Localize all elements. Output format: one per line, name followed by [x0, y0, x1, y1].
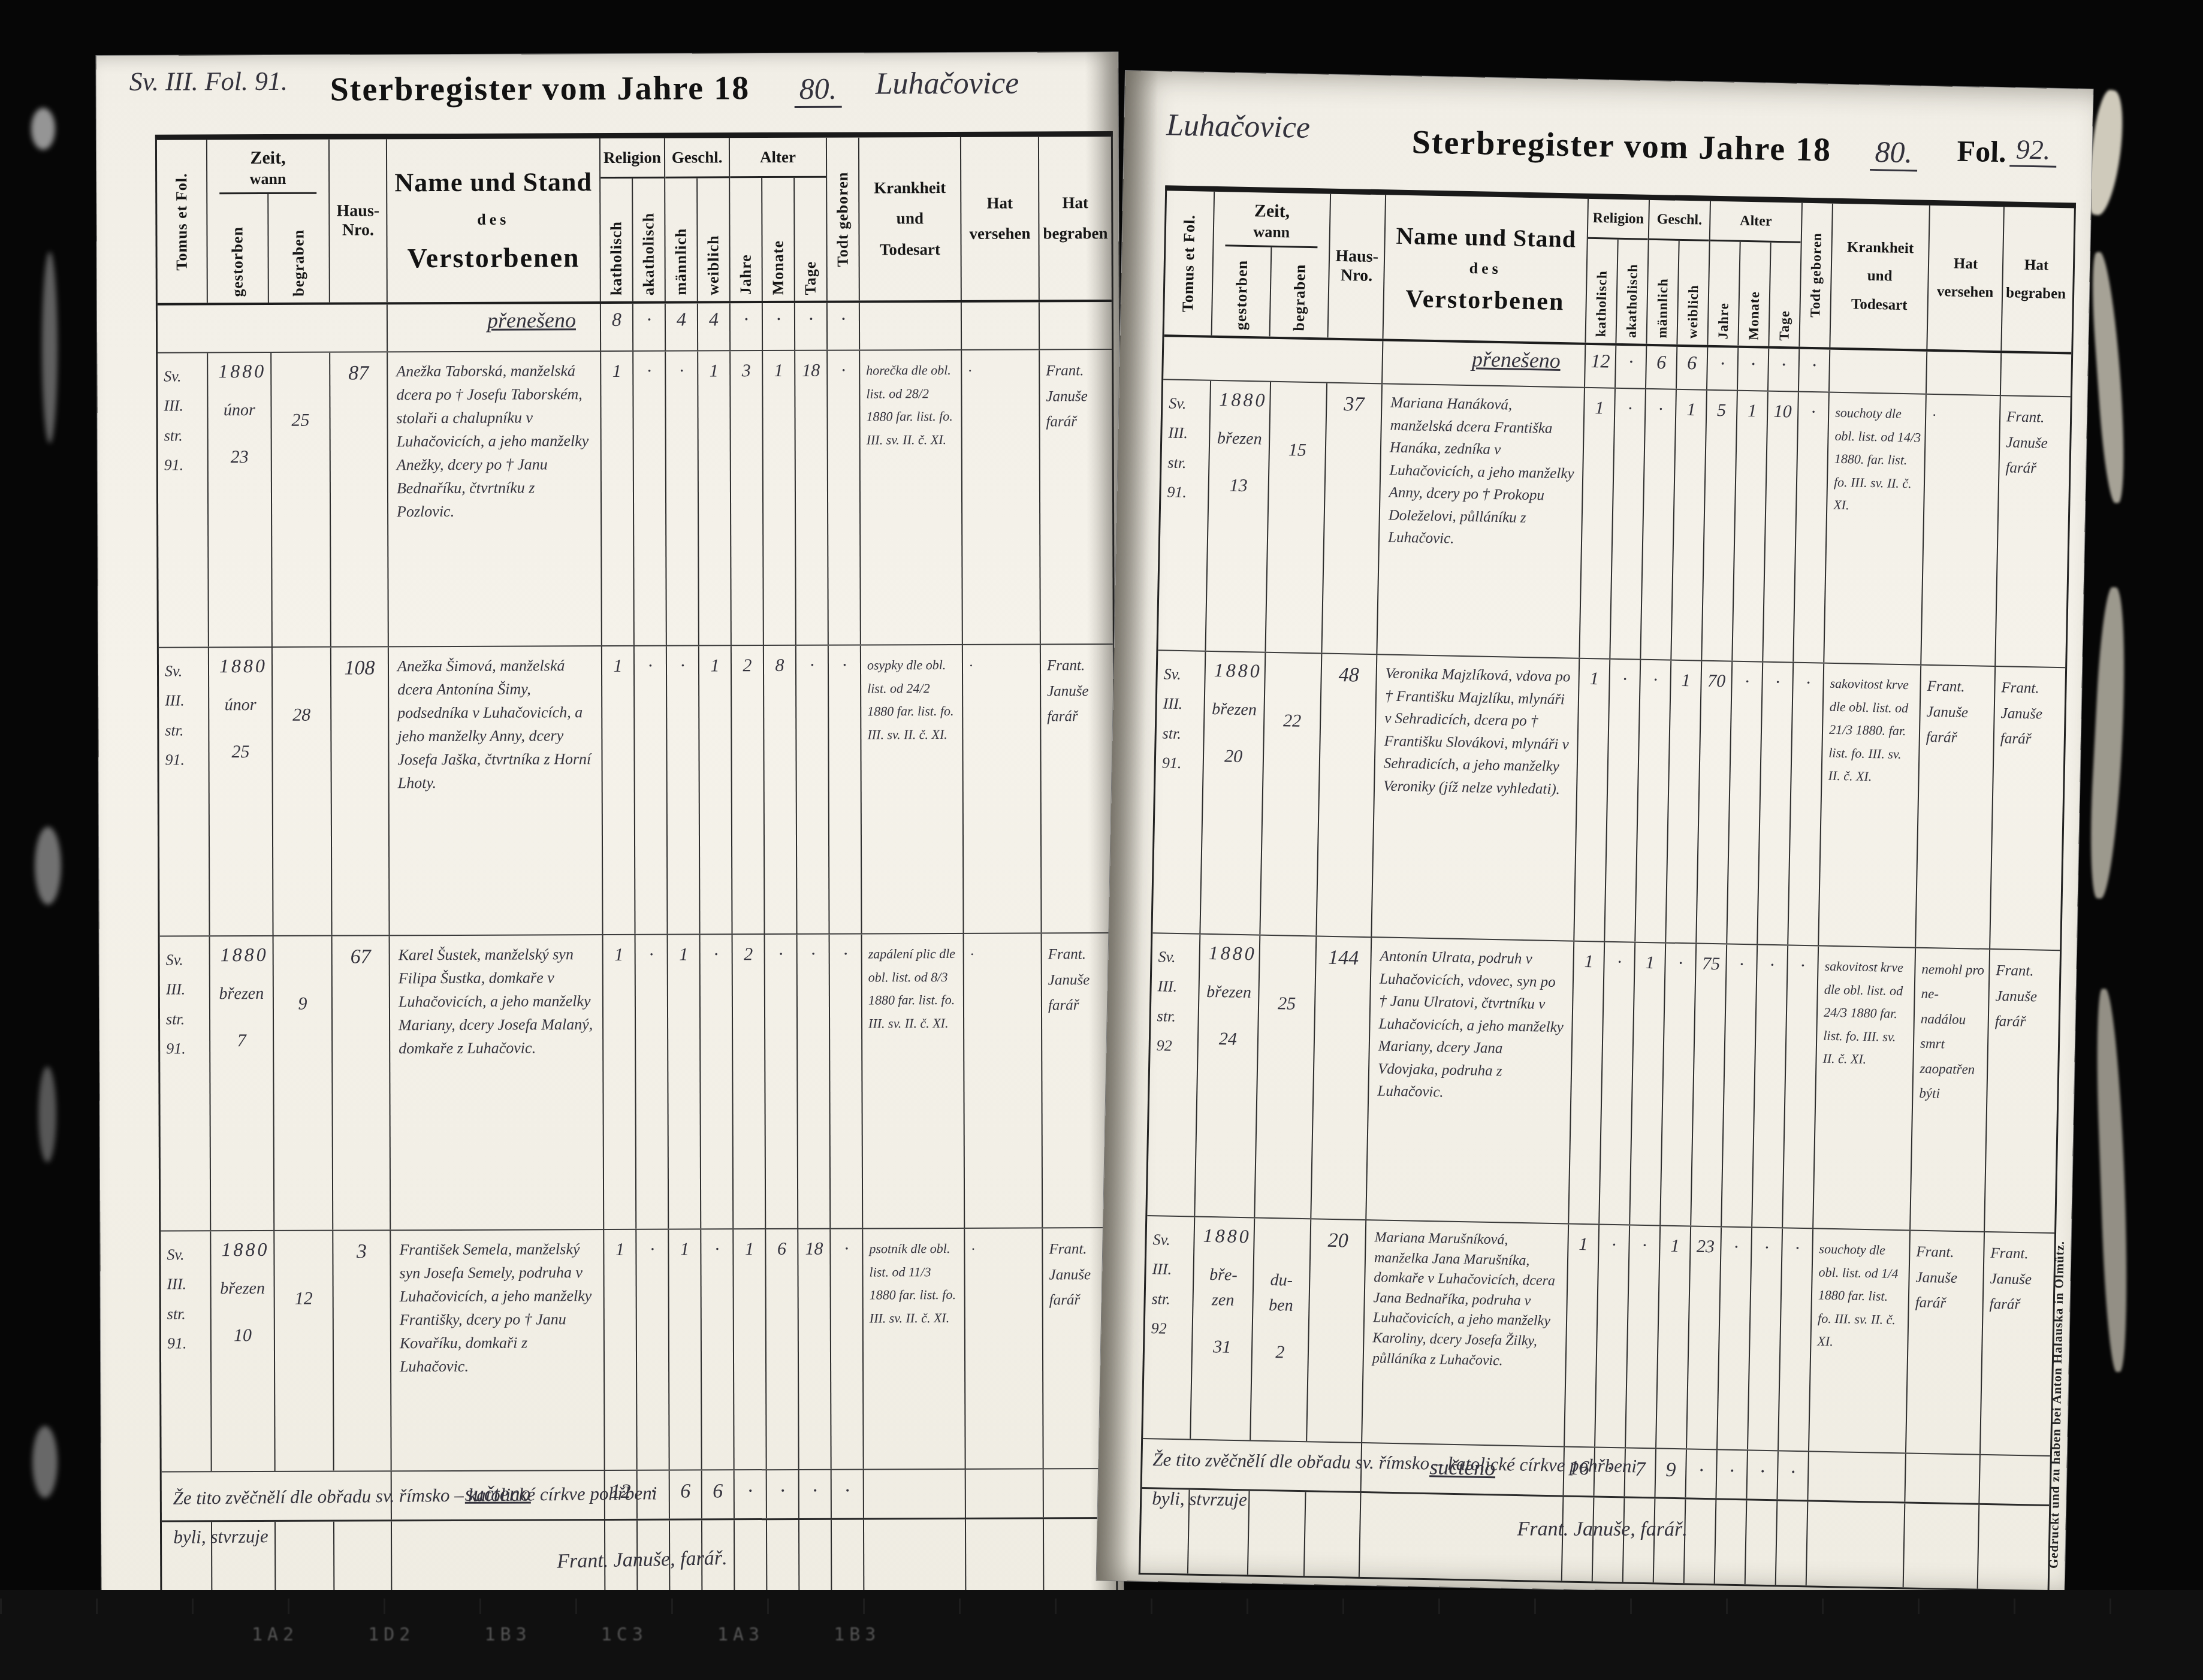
died-date-cell: 1880 březen 10 — [211, 1231, 275, 1471]
versehen-cell: · — [964, 933, 1043, 1227]
carryover-todt: · — [1799, 349, 1830, 392]
death-day: 13 — [1209, 475, 1268, 497]
death-month: březen — [1199, 980, 1259, 1006]
monate-value: 6 — [766, 1229, 799, 1469]
maennlich-value: · — [666, 351, 699, 645]
col-tomus-label: Tomus et Fol. — [1179, 214, 1199, 312]
col-haus: Haus- Nro. — [1329, 194, 1387, 339]
register-row: Sv. III. str. 91. 1880 březen 7 9 67 Kar… — [160, 933, 1115, 1232]
tage-value: 18 — [798, 1229, 831, 1469]
col-todtgeboren: Todt geboren — [827, 138, 860, 301]
monate-value: · — [765, 935, 799, 1228]
died-date-cell: 1880 březen 20 — [1200, 652, 1266, 935]
death-year: 1880 — [217, 1238, 273, 1261]
weiblich-value: 1 — [1671, 390, 1707, 660]
buried-date-cell: 28 — [273, 648, 333, 935]
col-religion: Religion katholisch akatholisch — [1586, 199, 1650, 344]
empty-cell — [1927, 352, 2002, 395]
carryover-maennlich: 4 — [666, 303, 698, 350]
death-day: 31 — [1193, 1337, 1252, 1358]
col-begraben-label: begraben — [289, 229, 307, 297]
monate-value: · — [1718, 1227, 1752, 1449]
carryover-row: přenešeno 8 · 4 4 · · · · — [158, 302, 1112, 353]
col-religion-label: Religion — [1588, 199, 1649, 240]
priest-signature: Frant. Januše, farář. — [1517, 1518, 1687, 1540]
death-month: únor — [209, 693, 271, 718]
certification-text: Že tito zvěčnělí dle obřadu sv. římsko –… — [1152, 1440, 2016, 1530]
tage-value: 18 — [795, 351, 829, 645]
carryover-monate: · — [1738, 348, 1769, 391]
weiblich-value: · — [701, 935, 734, 1228]
col-todtgeboren-label: Todt geboren — [834, 171, 852, 267]
microfilm-frame: Sv. III. Fol. 91. Sterbregister vom Jahr… — [0, 0, 2203, 1680]
burial-day: 15 — [1270, 440, 1326, 461]
tomus-cell: Sv. III. str. 91. — [160, 936, 212, 1230]
versehen-cell: Frant. Januše farář — [1916, 666, 1996, 948]
col-alter: Alter Jahre Monate Tage — [1708, 201, 1803, 347]
monate-value: · — [1722, 945, 1758, 1227]
col-zeit-label: Zeit, — [1254, 201, 1290, 221]
col-zeit-label2: wann — [250, 170, 286, 188]
col-alter-label: Alter — [1710, 201, 1801, 243]
death-register-table: Tomus et Fol. Zeit, wann gestorben begra… — [155, 131, 1118, 1614]
left-page-header: Sv. III. Fol. 91. Sterbregister vom Jahr… — [96, 52, 1118, 134]
jahre-value: 23 — [1687, 1226, 1722, 1449]
buried-by-cell: Frant. Januše farář — [1985, 950, 2056, 1232]
carryover-label: přenešeno — [1383, 341, 1586, 386]
empty-cell — [2001, 353, 2068, 396]
jahre-value: 75 — [1691, 944, 1727, 1226]
film-scratch — [42, 252, 58, 443]
buried-date-cell: du- ben 2 — [1251, 1219, 1311, 1442]
died-date-cell: 1880 březen 24 — [1195, 935, 1260, 1217]
versehen-cell: · — [1921, 395, 2001, 666]
death-year: 1880 — [216, 944, 273, 966]
col-geschl-label: Geschl. — [665, 138, 729, 178]
monate-value: · — [1727, 662, 1763, 944]
carryover-tage: · — [795, 303, 828, 350]
col-tage-label: Tage — [1776, 310, 1792, 340]
col-name: Name und Stand des Verstorbenen — [1383, 195, 1589, 342]
maennlich-value: · — [1626, 1226, 1661, 1448]
cause-of-death: souchoty dle obl. list. od 14/3 1880. fa… — [1824, 393, 1927, 664]
register-row: Sv. III. str. 91. 1880 březen 20 22 48 V… — [1152, 651, 2065, 951]
monate-value: 8 — [764, 646, 798, 933]
katholisch-value: 1 — [1565, 1225, 1600, 1447]
death-month: březen — [1210, 426, 1269, 452]
katholisch-value: 1 — [1569, 942, 1605, 1224]
col-name-label3: Verstorbenen — [407, 241, 580, 274]
col-weiblich-label: weiblich — [1685, 285, 1701, 339]
film-scratch — [35, 827, 61, 905]
buried-date-cell: 22 — [1260, 653, 1322, 936]
col-jahre-label: Jahre — [737, 254, 755, 295]
house-number: 48 — [1317, 654, 1377, 936]
death-day: 7 — [210, 1031, 273, 1051]
carryover-katholisch: 12 — [1585, 345, 1616, 388]
maennlich-value: · — [1641, 389, 1677, 660]
todtgeboren-value: · — [1779, 1228, 1813, 1451]
cause-of-death: psotník dle obl. list. od 11/3 1880 far.… — [863, 1229, 965, 1469]
col-geschlecht: Geschl. männlich weiblich — [1647, 200, 1711, 345]
died-date-cell: 1880 březen 7 — [210, 936, 275, 1230]
register-row: Sv. III. str. 91. 1880 únor 25 28 108 An… — [159, 645, 1114, 937]
col-hat-versehen: Hat versehen — [1927, 206, 2005, 350]
katholisch-value: 1 — [604, 1230, 637, 1470]
versehen-cell: · — [965, 1228, 1043, 1468]
carryover-tage: · — [1769, 349, 1800, 391]
priest-signature: Frant. Januše, farář. — [557, 1547, 728, 1573]
register-row: Sv. III. str. 91. 1880 únor 23 25 87 Ane… — [158, 350, 1113, 648]
maennlich-value: 1 — [669, 1229, 702, 1469]
todtgeboren-value: · — [1788, 663, 1824, 945]
house-number: 144 — [1311, 936, 1372, 1219]
died-date-cell: 1880 březen 13 — [1206, 381, 1271, 652]
death-month: březen — [212, 1276, 274, 1301]
col-name-label: Name und Stand — [1396, 221, 1577, 253]
certification-text: Že tito zvěčnělí dle obřadu sv. římsko –… — [173, 1469, 1072, 1557]
died-date-cell: 1880 únor 25 — [209, 648, 274, 935]
place-annotation: Luhačovice — [1166, 107, 1311, 146]
deceased-name-and-status: Veronika Majzlíková, vdova po † Františk… — [1372, 655, 1580, 940]
house-number: 20 — [1307, 1219, 1366, 1442]
film-frame-codes: 1A2 1D2 1B3 1C3 1A3 1B3 — [252, 1624, 880, 1645]
register-page-left: Sv. III. Fol. 91. Sterbregister vom Jahr… — [96, 52, 1123, 1628]
deceased-name-and-status: Mariana Hanáková, manželská dcera Franti… — [1377, 384, 1585, 657]
deceased-name-and-status: Anežka Taborská, manželská dcera po † Jo… — [388, 352, 602, 646]
register-row: Sv. III. str. 92 1880 bře- zen 31 du- be… — [1143, 1216, 2054, 1457]
katholisch-value: 1 — [1580, 388, 1616, 658]
todtgeboren-value: · — [830, 935, 864, 1228]
col-tomus: Tomus et Fol. — [157, 140, 208, 303]
col-weiblich-label: weiblich — [704, 235, 722, 295]
tage-value: · — [1758, 663, 1794, 945]
fol-label: Fol. — [1957, 134, 2006, 170]
todtgeboren-value: · — [831, 1229, 864, 1469]
weiblich-value: 1 — [1666, 661, 1702, 943]
monate-value: 1 — [1733, 391, 1769, 661]
death-month: únor — [208, 398, 270, 423]
folio-annotation: Sv. III. Fol. 91. — [129, 66, 288, 97]
deceased-name-and-status: František Semela, manželský syn Josefa S… — [391, 1230, 605, 1470]
cause-of-death: sakovitost krve dle obl. list. od 24/3 1… — [1813, 946, 1916, 1229]
col-zeit-label: Zeit, — [250, 148, 285, 168]
col-tage-label: Tage — [802, 261, 820, 295]
col-akatholisch-label: akatholisch — [1623, 264, 1640, 338]
page-title: Sterbregister vom Jahre 18 — [1411, 123, 1832, 169]
maennlich-value: · — [667, 646, 701, 933]
col-katholisch-label: katholisch — [1593, 270, 1610, 337]
burial-day: 12 — [275, 1289, 333, 1309]
col-haus-label2: Nro. — [342, 220, 374, 240]
tomus-cell: Sv. III. str. 91. — [161, 1231, 212, 1471]
film-strip: 1A2 1D2 1B3 1C3 1A3 1B3 — [0, 1590, 2203, 1680]
empty-cell — [1830, 350, 1927, 394]
todtgeboren-value: · — [1783, 946, 1819, 1228]
buried-by-cell: Frant. Januše farář — [1040, 350, 1113, 643]
died-date-cell: 1880 únor 23 — [208, 353, 273, 646]
tage-value: 10 — [1763, 392, 1799, 662]
buried-date-cell: 25 — [1255, 936, 1317, 1219]
col-geschl-label: Geschl. — [1649, 200, 1710, 241]
katholisch-value: 1 — [1574, 659, 1610, 941]
burial-day: 2 — [1253, 1341, 1308, 1363]
maennlich-value: · — [1635, 660, 1671, 942]
cause-of-death: sakovitost krve dle obl. list. od 21/3 1… — [1819, 664, 1921, 947]
buried-date-cell: 15 — [1266, 382, 1327, 653]
col-tomus: Tomus et Fol. — [1164, 191, 1215, 335]
cause-of-death: horečka dle obl. list. od 28/2 1880 far.… — [860, 350, 963, 645]
col-hat-begraben: Hat begraben — [2002, 207, 2071, 352]
death-year: 1880 — [1217, 388, 1270, 412]
versehen-cell: · — [963, 645, 1042, 932]
carryover-akatholisch: · — [1616, 346, 1647, 388]
col-religion: Religion katholisch akatholisch — [600, 138, 666, 301]
col-krankheit: Krankheit und Todesart — [1830, 204, 1930, 349]
page-title: Sterbregister vom Jahre 18 — [330, 69, 750, 108]
carryover-maennlich: 6 — [1646, 346, 1677, 389]
col-monate-label: Monate — [1746, 291, 1763, 340]
col-krankheit: Krankheit und Todesart — [859, 137, 962, 301]
death-day: 25 — [209, 742, 271, 762]
death-register-table: Tomus et Fol. Zeit, wann gestorben begra… — [1139, 185, 2076, 1592]
page-edge-tear — [2086, 587, 2130, 899]
col-jahre-label: Jahre — [1715, 303, 1731, 339]
col-hat-begraben: Hat begraben — [1039, 137, 1112, 300]
right-page-header: Luhačovice Sterbregister vom Jahre 18 80… — [1124, 71, 2093, 167]
table-header-row: Tomus et Fol. Zeit, wann gestorben begra… — [1164, 191, 2074, 354]
register-page-right: Luhačovice Sterbregister vom Jahre 18 80… — [1097, 71, 2093, 1599]
death-day: 23 — [209, 447, 271, 467]
col-religion-label: Religion — [600, 138, 664, 179]
akatholisch-value: · — [633, 352, 667, 645]
col-begraben-label: begraben — [1290, 264, 1309, 331]
death-day: 24 — [1199, 1029, 1258, 1050]
burial-day: 28 — [273, 705, 330, 726]
cause-of-death: zapálení plic dle obl. list. od 8/3 1880… — [862, 934, 965, 1228]
col-zeit: Zeit, wann gestorben begraben — [1212, 192, 1332, 338]
tomus-cell: Sv. III. str. 91. — [1158, 380, 1211, 650]
col-name-label3: Verstorbenen — [1405, 285, 1565, 316]
page-edge-tear — [2089, 251, 2129, 504]
col-name-label2: des — [477, 211, 509, 229]
col-akatholisch-label: akatholisch — [639, 213, 657, 295]
todtgeboren-value: · — [829, 646, 862, 933]
versehen-cell: · — [962, 350, 1041, 643]
jahre-value: 70 — [1697, 661, 1733, 944]
death-year: 1880 — [214, 360, 270, 382]
jahre-value: 2 — [733, 935, 766, 1228]
tomus-cell: Sv. III. str. 91. — [158, 353, 209, 646]
akatholisch-value: · — [636, 1230, 669, 1470]
col-name: Name und Stand des Verstorbenen — [387, 138, 601, 302]
place-annotation: Luhačovice — [875, 66, 1019, 102]
death-year: 1880 — [215, 655, 271, 677]
cause-of-death: souchoty dle obl. list. od 1/4 1880 far.… — [1809, 1229, 1911, 1452]
carryover-jahre: · — [731, 303, 763, 350]
carryover-weiblich: 6 — [1677, 347, 1708, 389]
film-scratch — [31, 108, 55, 150]
burial-month — [1270, 431, 1325, 433]
col-tomus-label: Tomus et Fol. — [173, 173, 191, 270]
death-month: březen — [210, 981, 273, 1007]
col-alter: Alter Jahre Monate Tage — [730, 138, 828, 301]
carryover-monate: · — [763, 303, 795, 350]
death-month: bře- zen — [1193, 1262, 1253, 1314]
buried-by-cell: Frant. Januše farář — [1990, 667, 2062, 950]
page-title-year: 80. — [1870, 134, 1918, 171]
empty-cell — [962, 302, 1040, 349]
col-alter-label: Alter — [730, 138, 826, 179]
carryover-label: přenešeno — [388, 304, 601, 351]
weiblich-value: 1 — [1656, 1226, 1691, 1449]
burial-month — [1260, 985, 1315, 986]
carryover-katholisch: 8 — [601, 304, 633, 350]
buried-by-cell: Frant. Januše farář — [1981, 1232, 2051, 1455]
burial-day: 25 — [1259, 993, 1315, 1015]
tage-value: · — [798, 935, 831, 1228]
film-scratch — [38, 1066, 56, 1162]
tomus-cell: Sv. III. str. 91. — [1152, 651, 1206, 933]
tage-value: · — [1752, 945, 1788, 1228]
jahre-value: 1 — [734, 1229, 766, 1469]
versehen-cell: Frant. Januše farář — [1906, 1231, 1985, 1454]
tomus-cell: Sv. III. str. 92 — [1143, 1216, 1195, 1439]
akatholisch-value: · — [635, 646, 668, 934]
akatholisch-value: · — [636, 935, 669, 1229]
katholisch-value: 1 — [601, 352, 635, 645]
buried-by-cell: Frant. Januše farář — [1041, 645, 1114, 932]
col-name-label2: des — [1469, 259, 1502, 278]
col-zeit-label2: wann — [1253, 223, 1290, 241]
burial-day: 22 — [1265, 711, 1320, 732]
death-year: 1880 — [1206, 942, 1259, 965]
col-hat-versehen: Hat versehen — [961, 137, 1040, 300]
deceased-name-and-status: Mariana Marušníková, manželka Jana Maruš… — [1362, 1220, 1569, 1446]
todtgeboren-value: · — [828, 351, 861, 645]
burial-month — [1265, 702, 1320, 703]
burial-month: du- ben — [1253, 1267, 1309, 1319]
col-maennlich-label: männlich — [672, 228, 690, 295]
house-number: 3 — [333, 1231, 391, 1470]
col-gestorben-label: gestorben — [228, 226, 246, 297]
carryover-todt: · — [828, 303, 860, 350]
weiblich-value: · — [701, 1229, 734, 1469]
monate-value: 1 — [763, 351, 796, 645]
jahre-value: 5 — [1702, 391, 1738, 661]
death-year: 1880 — [1200, 1225, 1254, 1248]
died-date-cell: 1880 bře- zen 31 — [1191, 1217, 1255, 1440]
empty-cell — [1163, 337, 1383, 383]
house-number: 108 — [331, 647, 390, 935]
weiblich-value: 1 — [699, 646, 733, 933]
carryover-jahre: · — [1707, 348, 1739, 390]
tage-value: · — [796, 646, 830, 933]
register-row: Sv. III. str. 91. 1880 březen 10 12 3 Fr… — [161, 1228, 1115, 1473]
house-number: 67 — [333, 936, 391, 1229]
burial-day: 25 — [271, 410, 329, 431]
col-maennlich-label: männlich — [1654, 278, 1671, 339]
akatholisch-value: · — [1605, 660, 1641, 942]
col-haus-label: Haus- — [1335, 247, 1378, 267]
film-scratch — [32, 1426, 58, 1498]
col-gestorben-label: gestorben — [1232, 259, 1251, 330]
col-haus-label2: Nro. — [1341, 266, 1373, 286]
register-row: Sv. III. str. 91. 1880 březen 13 15 37 M… — [1158, 380, 2070, 668]
buried-date-cell: 12 — [274, 1231, 334, 1471]
buried-by-cell: Frant. Januše farář — [1996, 396, 2067, 667]
col-katholisch-label: katholisch — [607, 221, 625, 295]
carryover-weiblich: 4 — [698, 303, 731, 350]
deceased-name-and-status: Antonín Ulrata, podruh v Luhačovicích, v… — [1366, 938, 1574, 1223]
weiblich-value: 1 — [698, 351, 732, 645]
page-edge-tear — [2094, 988, 2131, 1372]
col-name-label: Name und Stand — [394, 167, 592, 198]
empty-cell — [860, 303, 962, 350]
page-title-year: 80. — [795, 71, 842, 108]
empty-cell — [1040, 302, 1112, 349]
tomus-cell: Sv. III. str. 91. — [159, 648, 210, 935]
tage-value: · — [1748, 1228, 1783, 1450]
col-monate-label: Monate — [769, 240, 787, 295]
burial-day: 9 — [274, 994, 331, 1014]
house-number: 37 — [1322, 383, 1383, 654]
film-tick-marks — [0, 1599, 2203, 1614]
cause-of-death: osypky dle obl. list. od 24/2 1880 far. … — [861, 645, 964, 933]
empty-cell — [158, 304, 388, 352]
maennlich-value: 1 — [668, 935, 702, 1228]
akatholisch-value: · — [1610, 389, 1646, 659]
carryover-akatholisch: · — [633, 304, 666, 350]
jahre-value: 3 — [731, 351, 764, 645]
house-number: 87 — [330, 352, 389, 646]
death-month: březen — [1205, 697, 1264, 723]
col-todtgeboren: Todt geboren — [1800, 203, 1833, 348]
maennlich-value: 1 — [1630, 943, 1666, 1225]
weiblich-value: · — [1661, 944, 1697, 1226]
akatholisch-value: · — [1595, 1225, 1630, 1448]
akatholisch-value: · — [1600, 942, 1635, 1225]
katholisch-value: 1 — [602, 646, 636, 934]
katholisch-value: 1 — [603, 935, 637, 1229]
register-row: Sv. III. str. 92 1880 březen 24 25 144 A… — [1147, 933, 2060, 1234]
tomus-cell: Sv. III. str. 92 — [1147, 933, 1200, 1216]
versehen-cell: nemohl pro ne- nadálou smrt zaopatřen bý… — [1911, 948, 1990, 1231]
col-todtgeboren-label: Todt geboren — [1807, 232, 1825, 318]
table-header-row: Tomus et Fol. Zeit, wann gestorben begra… — [157, 137, 1112, 306]
jahre-value: 2 — [732, 646, 765, 933]
col-geschlecht: Geschl. männlich weiblich — [665, 138, 731, 301]
col-zeit: Zeit, wann gestorben begraben — [207, 140, 330, 303]
todtgeboren-value: · — [1794, 392, 1830, 663]
buried-date-cell: 25 — [271, 353, 331, 646]
death-day: 20 — [1204, 746, 1263, 768]
fol-number: 92. — [2009, 133, 2057, 167]
col-haus-label: Haus- — [336, 201, 379, 220]
death-day: 10 — [212, 1325, 274, 1346]
death-year: 1880 — [1211, 659, 1265, 682]
deceased-name-and-status: Karel Šustek, manželský syn Filipa Šustk… — [390, 935, 605, 1229]
col-haus: Haus- Nro. — [330, 139, 388, 302]
buried-date-cell: 9 — [274, 936, 334, 1230]
deceased-name-and-status: Anežka Šimová, manželská dcera Antonína … — [389, 646, 603, 935]
